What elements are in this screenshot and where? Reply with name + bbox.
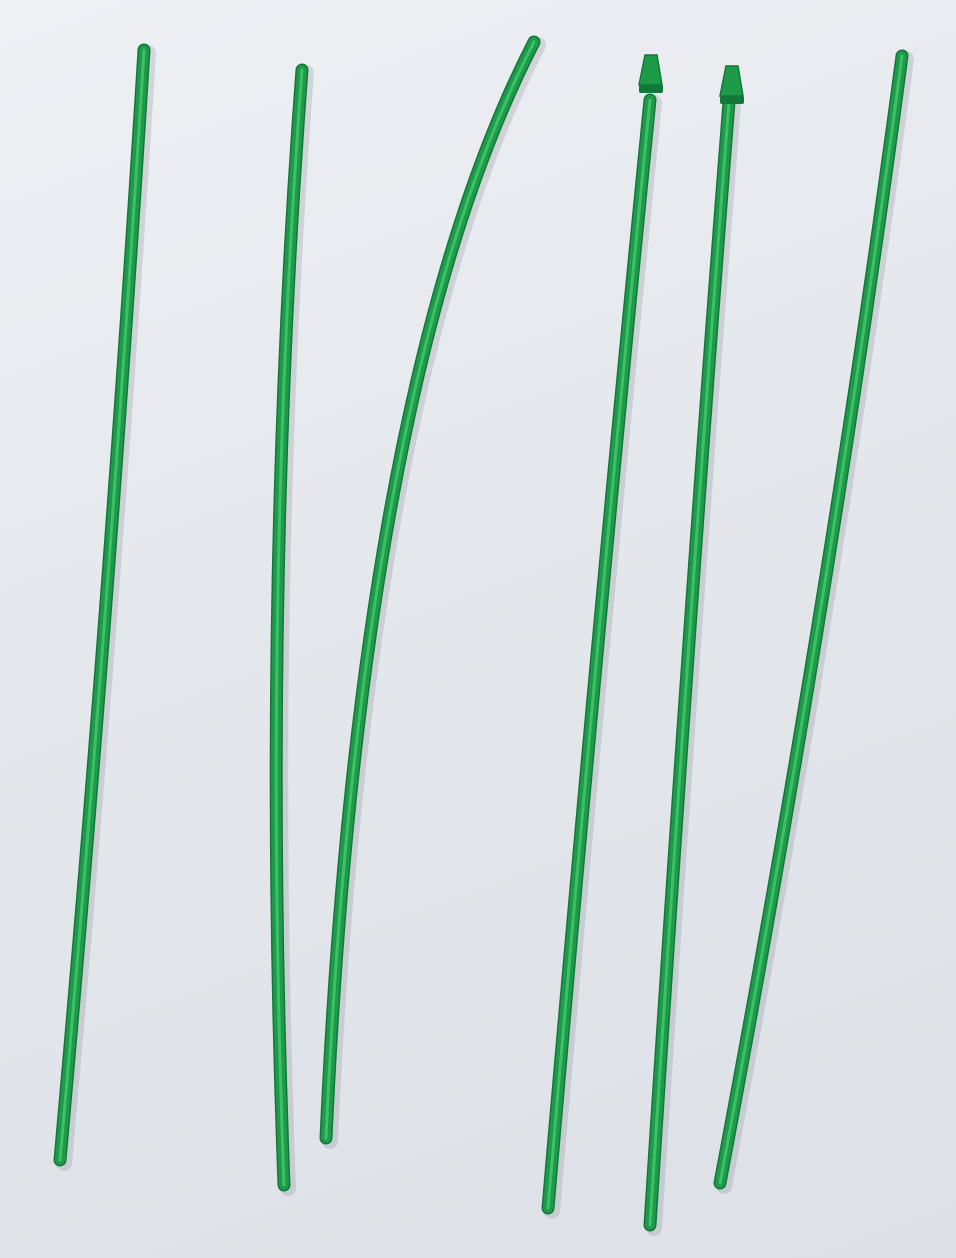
conical-cap-icon bbox=[720, 66, 743, 96]
photo-scene bbox=[0, 0, 956, 1258]
conical-cap-icon bbox=[639, 55, 662, 85]
rod-6 bbox=[720, 56, 906, 1186]
rod-4 bbox=[548, 55, 663, 1211]
rod-3 bbox=[326, 42, 538, 1141]
rod-2 bbox=[276, 70, 306, 1188]
rods-drawing bbox=[0, 0, 956, 1258]
rod-1 bbox=[60, 50, 148, 1163]
rod-5 bbox=[650, 66, 744, 1228]
